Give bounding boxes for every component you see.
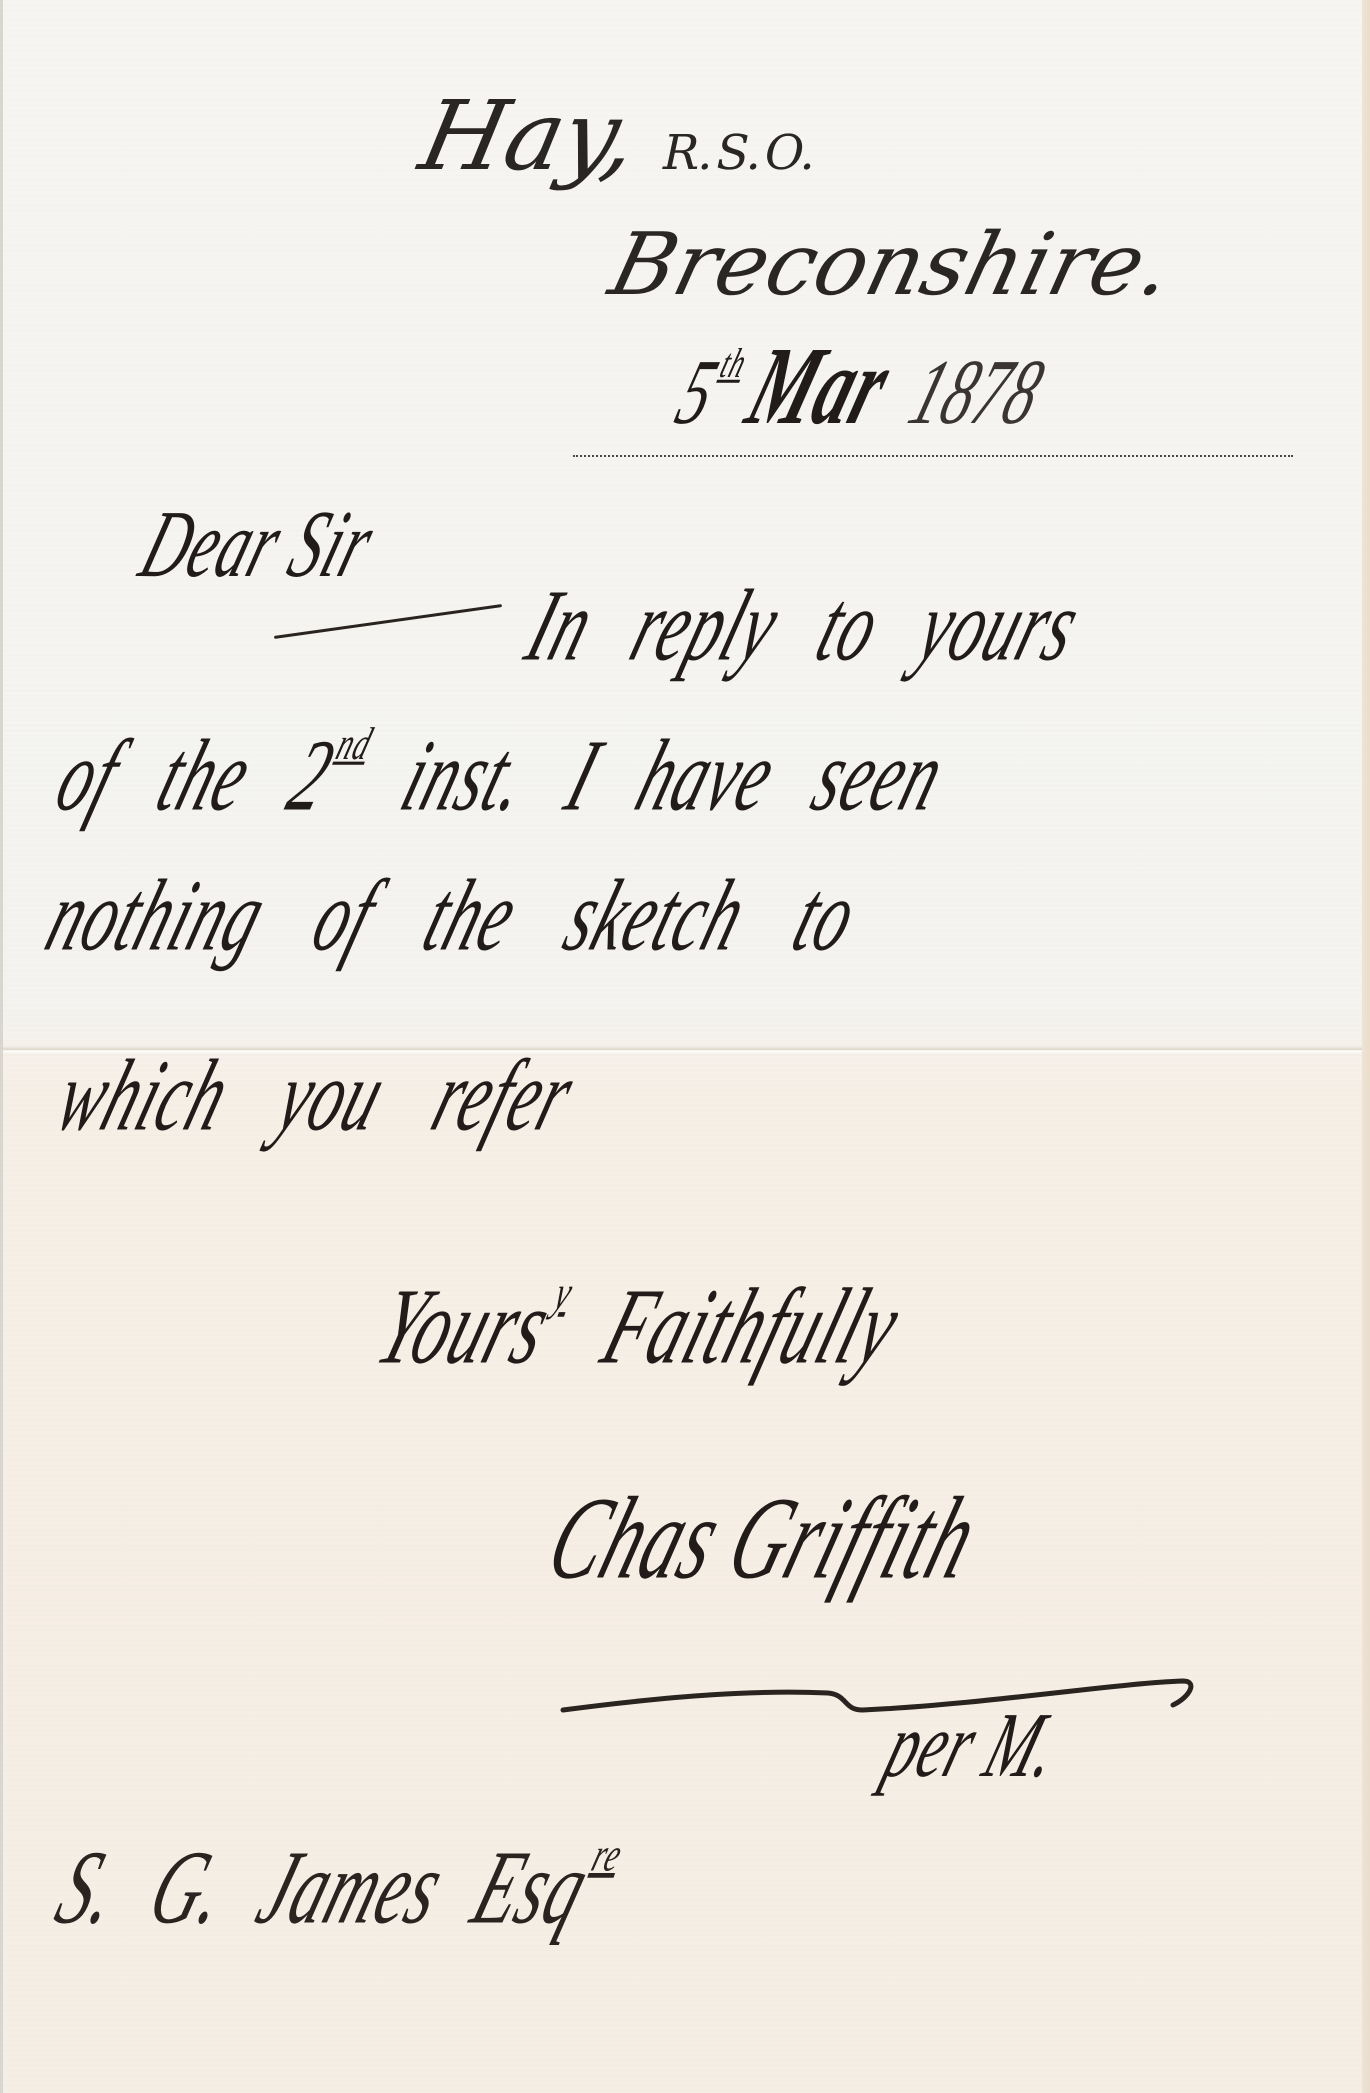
letterhead-town-name: Hay, (411, 80, 648, 192)
body-line-2-pre: of the 2 (44, 720, 347, 833)
letter-page: Hay, R.S.O. Breconshire. 5th Mar 1878 De… (0, 0, 1366, 2093)
addressee-name: S. G. James Esq (44, 1828, 603, 1946)
closing-faithfully: Faithfully (589, 1268, 914, 1387)
date-month: Mar (734, 324, 905, 448)
body-line-1: In reply to yours (513, 568, 1094, 686)
signature-name: Chas Griffith (533, 1472, 993, 1607)
signature-per: per M. (873, 1692, 1074, 1799)
letter-date: 5th Mar 1878 (663, 322, 1062, 451)
body-line-2-post: inst. I have seen (389, 720, 958, 833)
body-line-3: nothing of the sketch to (33, 858, 871, 976)
signature-flourish (558, 1665, 1198, 1725)
closing-yours: Yours (364, 1268, 565, 1387)
closing: Yoursy Faithfully (363, 1266, 915, 1391)
body-line-4: which you refer (43, 1038, 588, 1156)
letterhead-postal-suffix: R.S.O. (657, 125, 825, 181)
salutation-underline (274, 604, 502, 639)
date-day: 5 (666, 341, 730, 443)
salutation: Dear Sir (128, 491, 387, 601)
addressee: S. G. James Esqre (43, 1827, 630, 1949)
letterhead-town: Hay, R.S.O. (411, 80, 834, 192)
date-dotted-rule (573, 455, 1293, 457)
body-line-2: of the 2nd inst. I have seen (43, 718, 959, 836)
letterhead-county: Breconshire. (601, 215, 1183, 315)
date-year: 1878 (899, 341, 1056, 443)
